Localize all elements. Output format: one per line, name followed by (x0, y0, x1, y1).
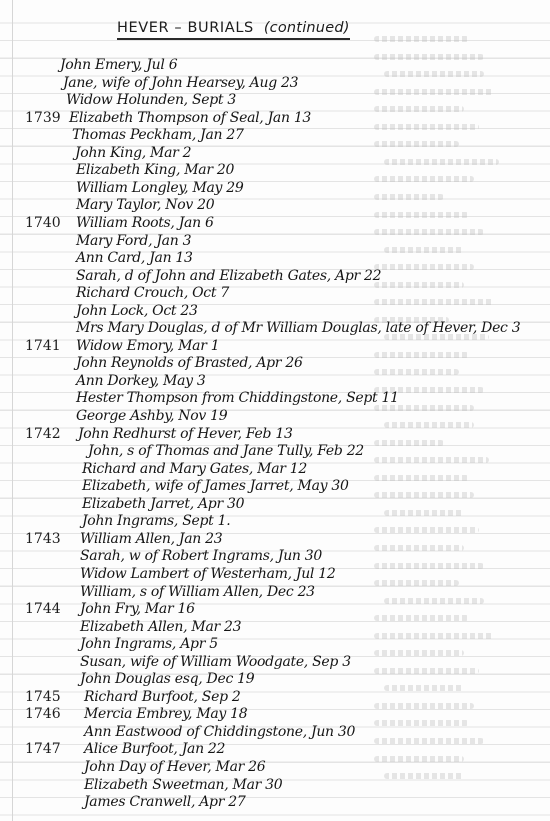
entry-text: George Ashby, Nov 19 (76, 407, 227, 425)
burial-entry: Thomas Peckham, Jan 27 (0, 126, 550, 144)
burial-entry: John King, Mar 2 (0, 144, 550, 162)
burial-entry: Widow Lambert of Westerham, Jul 12 (0, 565, 550, 583)
burial-entry: Elizabeth Allen, Mar 23 (0, 618, 550, 636)
burial-entries-list: John Emery, Jul 6Jane, wife of John Hear… (0, 0, 550, 821)
year-label: 1745 (25, 688, 61, 706)
entry-text: Alice Burfoot, Jan 22 (84, 740, 225, 758)
burial-entry: John Ingrams, Apr 5 (0, 635, 550, 653)
burial-entry: Elizabeth Jarret, Apr 30 (0, 495, 550, 513)
entry-text: Elizabeth King, Mar 20 (76, 161, 234, 179)
burial-entry: John Day of Hever, Mar 26 (0, 758, 550, 776)
entry-text: Hester Thompson from Chiddingstone, Sept… (76, 389, 399, 407)
burial-entry: 1742John Redhurst of Hever, Feb 13 (0, 425, 550, 443)
entry-text: John, s of Thomas and Jane Tully, Feb 22 (88, 442, 364, 460)
burial-entry: Hester Thompson from Chiddingstone, Sept… (0, 389, 550, 407)
entry-text: John Day of Hever, Mar 26 (84, 758, 265, 776)
burial-entry: Richard and Mary Gates, Mar 12 (0, 460, 550, 478)
burial-entry: Mrs Mary Douglas, d of Mr William Dougla… (0, 319, 550, 337)
burial-entry: Jane, wife of John Hearsey, Aug 23 (0, 74, 550, 92)
entry-text: John Ingrams, Sept 1. (82, 512, 230, 530)
entry-text: Widow Holunden, Sept 3 (66, 91, 236, 109)
entry-text: Widow Emory, Mar 1 (76, 337, 219, 355)
entry-text: Richard Burfoot, Sep 2 (84, 688, 241, 706)
entry-text: Widow Lambert of Westerham, Jul 12 (80, 565, 335, 583)
burial-entry: James Cranwell, Apr 27 (0, 793, 550, 811)
burial-entry: Elizabeth, wife of James Jarret, May 30 (0, 477, 550, 495)
entry-text: William Roots, Jan 6 (76, 214, 214, 232)
entry-text: Thomas Peckham, Jan 27 (72, 126, 244, 144)
burial-entry: John Douglas esq, Dec 19 (0, 670, 550, 688)
year-label: 1743 (25, 530, 61, 548)
entry-text: John Emery, Jul 6 (60, 56, 177, 74)
burial-entry: Mary Taylor, Nov 20 (0, 196, 550, 214)
burial-entry: 1741Widow Emory, Mar 1 (0, 337, 550, 355)
burial-entry: Widow Holunden, Sept 3 (0, 91, 550, 109)
burial-entry: Ann Card, Jan 13 (0, 249, 550, 267)
burial-entry: John Emery, Jul 6 (0, 56, 550, 74)
year-label: 1747 (25, 740, 61, 758)
entry-text: John Ingrams, Apr 5 (80, 635, 218, 653)
burial-entry: 1747Alice Burfoot, Jan 22 (0, 740, 550, 758)
burial-entry: John Reynolds of Brasted, Apr 26 (0, 354, 550, 372)
burial-entry: Elizabeth Sweetman, Mar 30 (0, 776, 550, 794)
entry-text: Elizabeth Sweetman, Mar 30 (84, 776, 282, 794)
burial-entry: Richard Crouch, Oct 7 (0, 284, 550, 302)
entry-text: Mary Ford, Jan 3 (76, 232, 191, 250)
entry-text: Richard and Mary Gates, Mar 12 (82, 460, 307, 478)
year-label: 1744 (25, 600, 61, 618)
year-label: 1740 (25, 214, 61, 232)
entry-text: John Fry, Mar 16 (80, 600, 195, 618)
entry-text: Ann Eastwood of Chiddingstone, Jun 30 (84, 723, 355, 741)
entry-text: Mary Taylor, Nov 20 (76, 196, 214, 214)
burial-entry: 1740William Roots, Jan 6 (0, 214, 550, 232)
burial-entry: John Lock, Oct 23 (0, 302, 550, 320)
burial-entry: 1745Richard Burfoot, Sep 2 (0, 688, 550, 706)
burial-entry: John, s of Thomas and Jane Tully, Feb 22 (0, 442, 550, 460)
entry-text: Susan, wife of William Woodgate, Sep 3 (80, 653, 351, 671)
year-label: 1739 (25, 109, 61, 127)
burial-entry: 1744John Fry, Mar 16 (0, 600, 550, 618)
entry-text: John King, Mar 2 (75, 144, 191, 162)
entry-text: Sarah, w of Robert Ingrams, Jun 30 (80, 547, 322, 565)
burial-entry: John Ingrams, Sept 1. (0, 512, 550, 530)
burial-entry: 1739Elizabeth Thompson of Seal, Jan 13 (0, 109, 550, 127)
burial-entry: Sarah, d of John and Elizabeth Gates, Ap… (0, 267, 550, 285)
burial-entry: William Longley, May 29 (0, 179, 550, 197)
entry-text: Mercia Embrey, May 18 (84, 705, 247, 723)
burial-entry: George Ashby, Nov 19 (0, 407, 550, 425)
entry-text: Mrs Mary Douglas, d of Mr William Dougla… (76, 319, 520, 337)
entry-text: Elizabeth Thompson of Seal, Jan 13 (69, 109, 311, 127)
burial-entry: Ann Eastwood of Chiddingstone, Jun 30 (0, 723, 550, 741)
burial-entry: William, s of William Allen, Dec 23 (0, 583, 550, 601)
entry-text: William Allen, Jan 23 (80, 530, 222, 548)
burial-entry: 1746Mercia Embrey, May 18 (0, 705, 550, 723)
entry-text: Richard Crouch, Oct 7 (76, 284, 229, 302)
entry-text: John Reynolds of Brasted, Apr 26 (76, 354, 303, 372)
entry-text: John Douglas esq, Dec 19 (80, 670, 254, 688)
year-label: 1741 (25, 337, 61, 355)
entry-text: Ann Card, Jan 13 (76, 249, 193, 267)
entry-text: William Longley, May 29 (76, 179, 244, 197)
year-label: 1746 (25, 705, 61, 723)
entry-text: John Redhurst of Hever, Feb 13 (78, 425, 293, 443)
entry-text: Elizabeth, wife of James Jarret, May 30 (82, 477, 349, 495)
entry-text: Ann Dorkey, May 3 (76, 372, 206, 390)
burial-entry: 1743William Allen, Jan 23 (0, 530, 550, 548)
burial-entry: Susan, wife of William Woodgate, Sep 3 (0, 653, 550, 671)
burial-entry: Elizabeth King, Mar 20 (0, 161, 550, 179)
burial-entry: Ann Dorkey, May 3 (0, 372, 550, 390)
entry-text: Sarah, d of John and Elizabeth Gates, Ap… (76, 267, 381, 285)
entry-text: William, s of William Allen, Dec 23 (80, 583, 315, 601)
entry-text: John Lock, Oct 23 (76, 302, 198, 320)
entry-text: James Cranwell, Apr 27 (84, 793, 245, 811)
entry-text: Jane, wife of John Hearsey, Aug 23 (63, 74, 298, 92)
burial-entry: Mary Ford, Jan 3 (0, 232, 550, 250)
year-label: 1742 (25, 425, 61, 443)
entry-text: Elizabeth Jarret, Apr 30 (82, 495, 244, 513)
entry-text: Elizabeth Allen, Mar 23 (80, 618, 241, 636)
burial-entry: Sarah, w of Robert Ingrams, Jun 30 (0, 547, 550, 565)
notebook-page: HEVER – BURIALS(continued) John Emery, J… (0, 0, 550, 821)
